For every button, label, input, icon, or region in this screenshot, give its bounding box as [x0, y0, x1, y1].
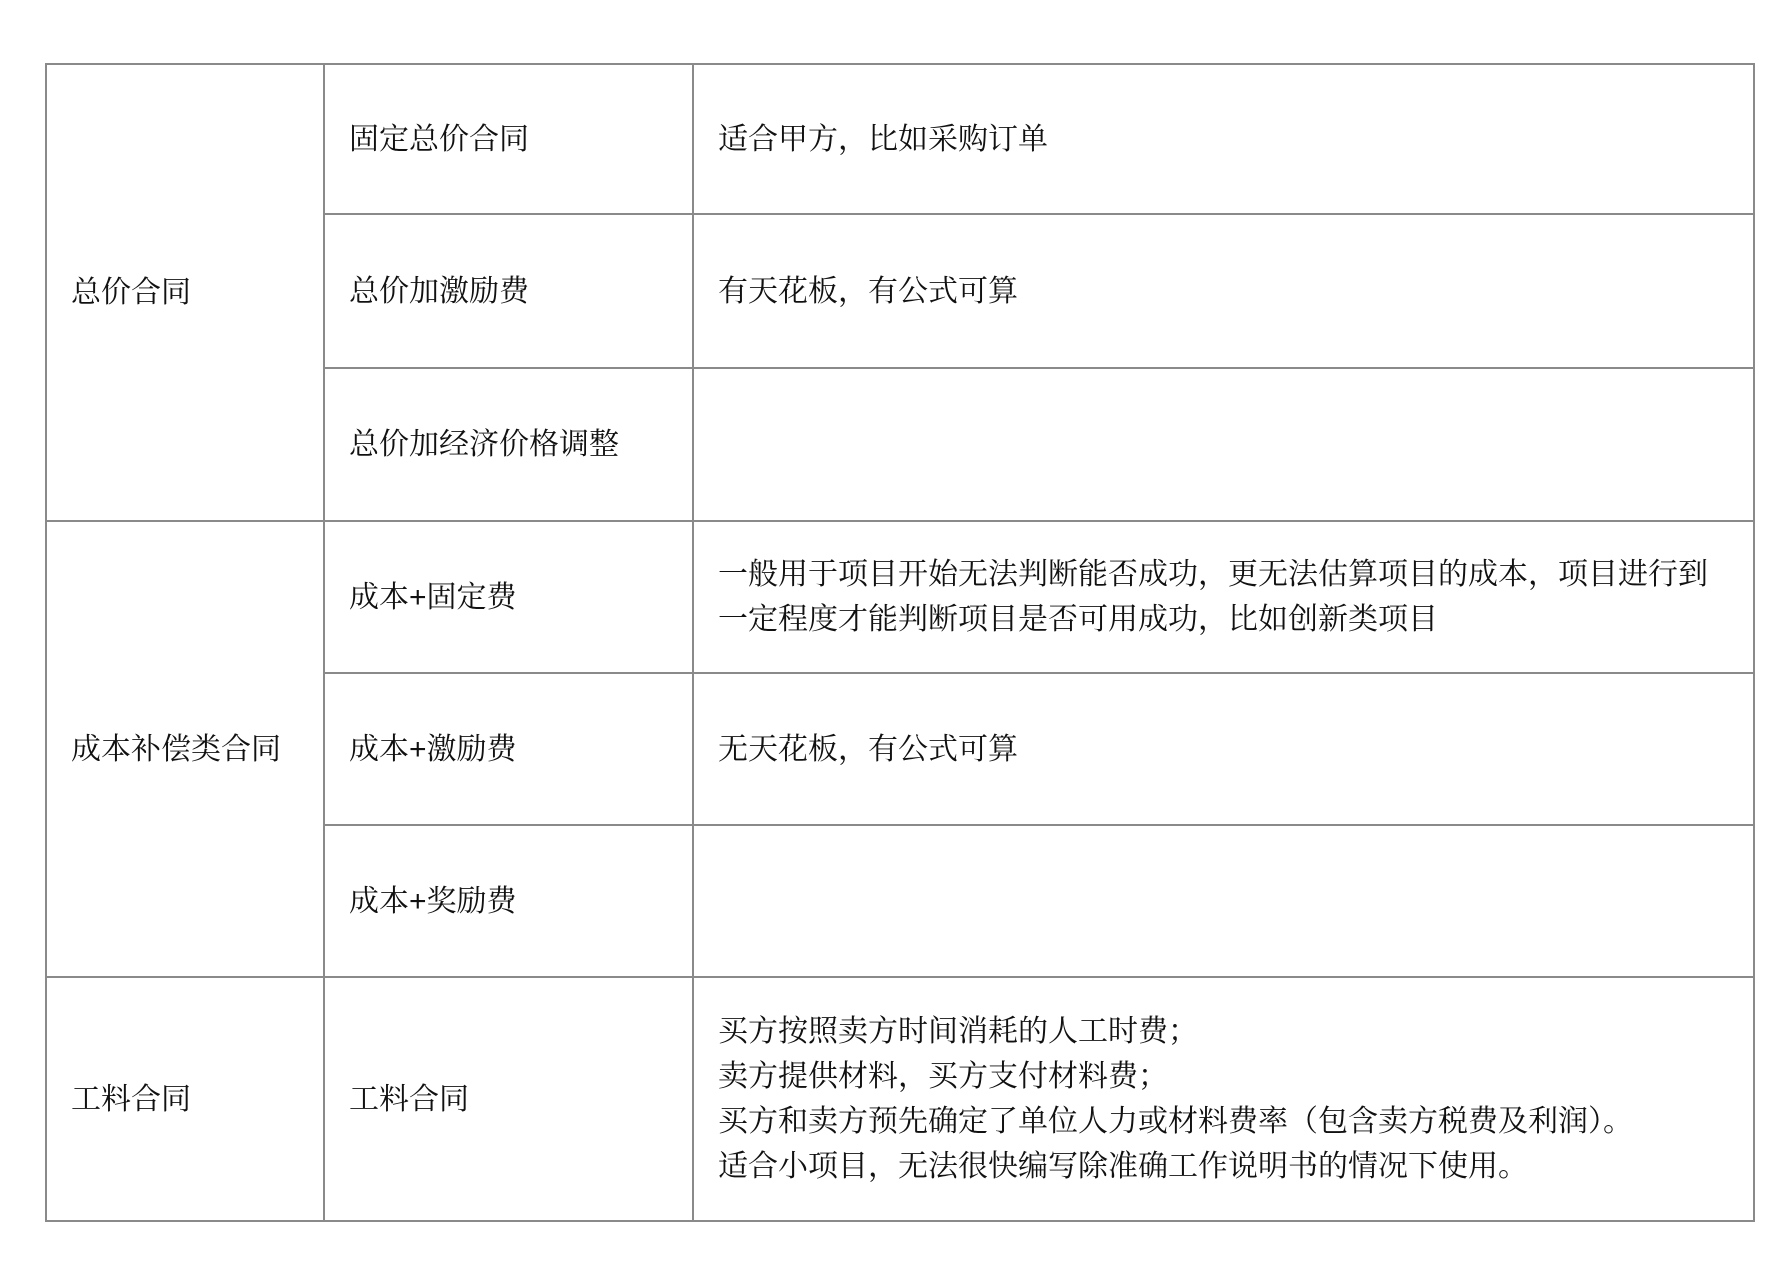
subtype-cell: 工料合同: [324, 977, 693, 1221]
subtype-cell: 成本+固定费: [324, 521, 693, 673]
table-row: 工料合同 工料合同 买方按照卖方时间消耗的人工时费； 卖方提供材料，买方支付材料…: [46, 977, 1754, 1221]
category-cell: 成本补偿类合同: [46, 521, 324, 977]
category-cell: 工料合同: [46, 977, 324, 1221]
subtype-cell: 成本+奖励费: [324, 825, 693, 977]
subtype-cell: 成本+激励费: [324, 673, 693, 825]
subtype-cell: 总价加经济价格调整: [324, 368, 693, 521]
category-cell: 总价合同: [46, 64, 324, 521]
subtype-cell: 总价加激励费: [324, 214, 693, 368]
subtype-cell: 固定总价合同: [324, 64, 693, 214]
description-cell: 无天花板，有公式可算: [693, 673, 1754, 825]
table-row: 总价合同 固定总价合同 适合甲方，比如采购订单: [46, 64, 1754, 214]
description-cell: [693, 368, 1754, 521]
page: { "table": { "colors": { "border": "#8a8…: [0, 0, 1788, 1276]
table-row: 成本补偿类合同 成本+固定费 一般用于项目开始无法判断能否成功，更无法估算项目的…: [46, 521, 1754, 673]
contract-types-table: 总价合同 固定总价合同 适合甲方，比如采购订单 总价加激励费 有天花板，有公式可…: [45, 63, 1755, 1222]
description-cell: 买方按照卖方时间消耗的人工时费； 卖方提供材料，买方支付材料费； 买方和卖方预先…: [693, 977, 1754, 1221]
description-cell: 适合甲方，比如采购订单: [693, 64, 1754, 214]
description-cell: [693, 825, 1754, 977]
description-cell: 有天花板，有公式可算: [693, 214, 1754, 368]
description-cell: 一般用于项目开始无法判断能否成功，更无法估算项目的成本，项目进行到一定程度才能判…: [693, 521, 1754, 673]
